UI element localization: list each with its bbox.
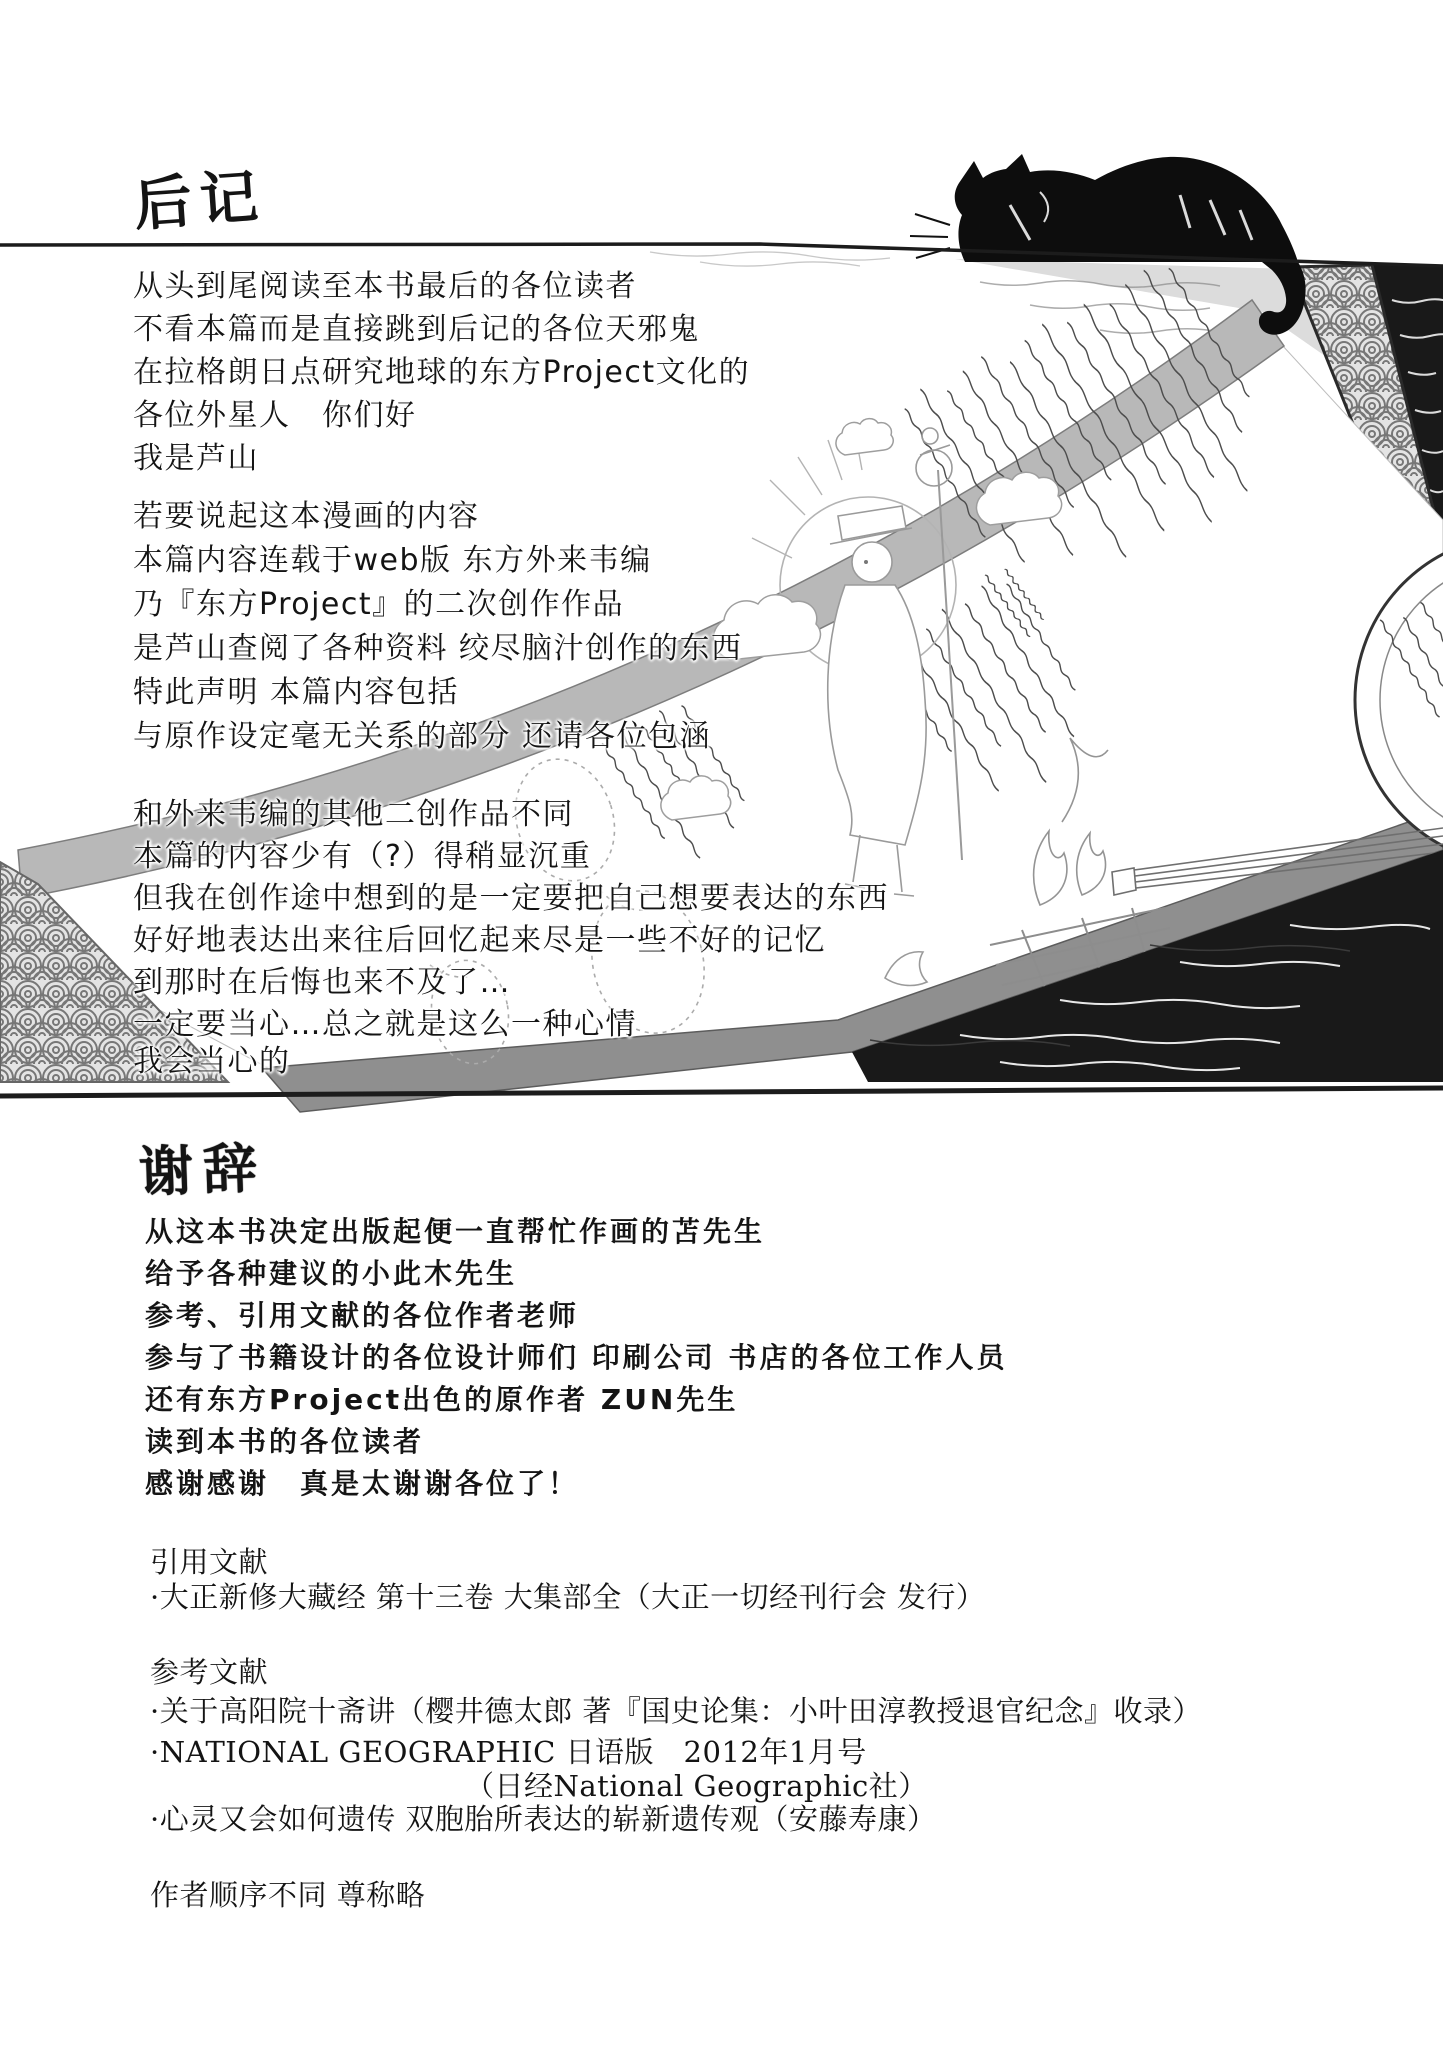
afterword-line: 在拉格朗日点研究地球的东方Project文化的 [133, 358, 750, 388]
references-heading: 参考文献 [150, 1658, 268, 1687]
cited-works-heading: 引用文献 [150, 1548, 268, 1577]
reference-item-continuation: （日经National Geographic社） [465, 1772, 928, 1801]
afterword-line: 本篇内容连载于web版 东方外来韦编 [133, 546, 652, 576]
afterword-line: 本篇的内容少有（?）得稍显沉重 [133, 842, 591, 872]
reference-item: ·心灵又会如何遗传 双胞胎所表达的崭新遗传观（安藤寿康） [150, 1805, 936, 1834]
reference-item: ·NATIONAL GEOGRAPHIC 日语版 2012年1月号 [150, 1738, 867, 1767]
afterword-line: 好好地表达出来往后回忆起来尽是一些不好的记忆 [133, 926, 826, 956]
afterword-line: 不看本篇而是直接跳到后记的各位天邪鬼 [133, 315, 700, 345]
afterword-line: 各位外星人 你们好 [133, 401, 417, 431]
afterword-line: 但我在创作途中想到的是一定要把自己想要表达的东西 [133, 884, 889, 914]
acknowledgement-line: 参与了书籍设计的各位设计师们 印刷公司 书店的各位工作人员 [145, 1344, 1008, 1372]
afterword-line: 若要说起这本漫画的内容 [133, 502, 480, 532]
afterword-line: 与原作设定毫无关系的部分 还请各位包涵 [133, 722, 711, 752]
references-note: 作者顺序不同 尊称略 [150, 1881, 425, 1910]
acknowledgement-line: 参考、引用文献的各位作者老师 [145, 1302, 579, 1330]
afterword-line: 我是芦山 [133, 444, 259, 474]
afterword-line: 特此声明 本篇内容包括 [133, 678, 459, 708]
manga-afterword-page: 后记 从头到尾阅读至本书最后的各位读者 不看本篇而是直接跳到后记的各位天邪鬼 在… [0, 0, 1443, 2048]
reference-item: ·关于高阳院十斋讲（樱井德太郎 著『国史论集：小叶田淳教授退官纪念』收录） [150, 1697, 1202, 1726]
divider-line-middle [0, 1088, 1443, 1096]
acknowledgements-title: 谢辞 [138, 1142, 268, 1200]
afterword-line: 到那时在后悔也来不及了… [133, 968, 511, 998]
acknowledgement-line: 读到本书的各位读者 [145, 1428, 424, 1456]
cited-work-item: ·大正新修大藏经 第十三卷 大集部全（大正一切经刊行会 发行） [150, 1583, 985, 1612]
acknowledgement-line: 从这本书决定出版起便一直帮忙作画的苫先生 [145, 1218, 765, 1246]
afterword-line: 我会当心的 [133, 1047, 291, 1077]
acknowledgement-line: 还有东方Project出色的原作者 ZUN先生 [145, 1386, 738, 1414]
acknowledgement-line: 给予各种建议的小此木先生 [145, 1260, 517, 1288]
afterword-line: 一定要当心…总之就是这么一种心情 [133, 1010, 637, 1040]
afterword-line: 是芦山查阅了各种资料 绞尽脑汁创作的东西 [133, 634, 743, 664]
afterword-line: 乃『东方Project』的二次创作作品 [133, 590, 624, 620]
afterword-title: 后记 [132, 167, 268, 234]
afterword-line: 从头到尾阅读至本书最后的各位读者 [133, 272, 637, 302]
acknowledgement-line: 感谢感谢 真是太谢谢各位了！ [145, 1470, 579, 1498]
afterword-line: 和外来韦编的其他二创作品不同 [133, 800, 574, 830]
